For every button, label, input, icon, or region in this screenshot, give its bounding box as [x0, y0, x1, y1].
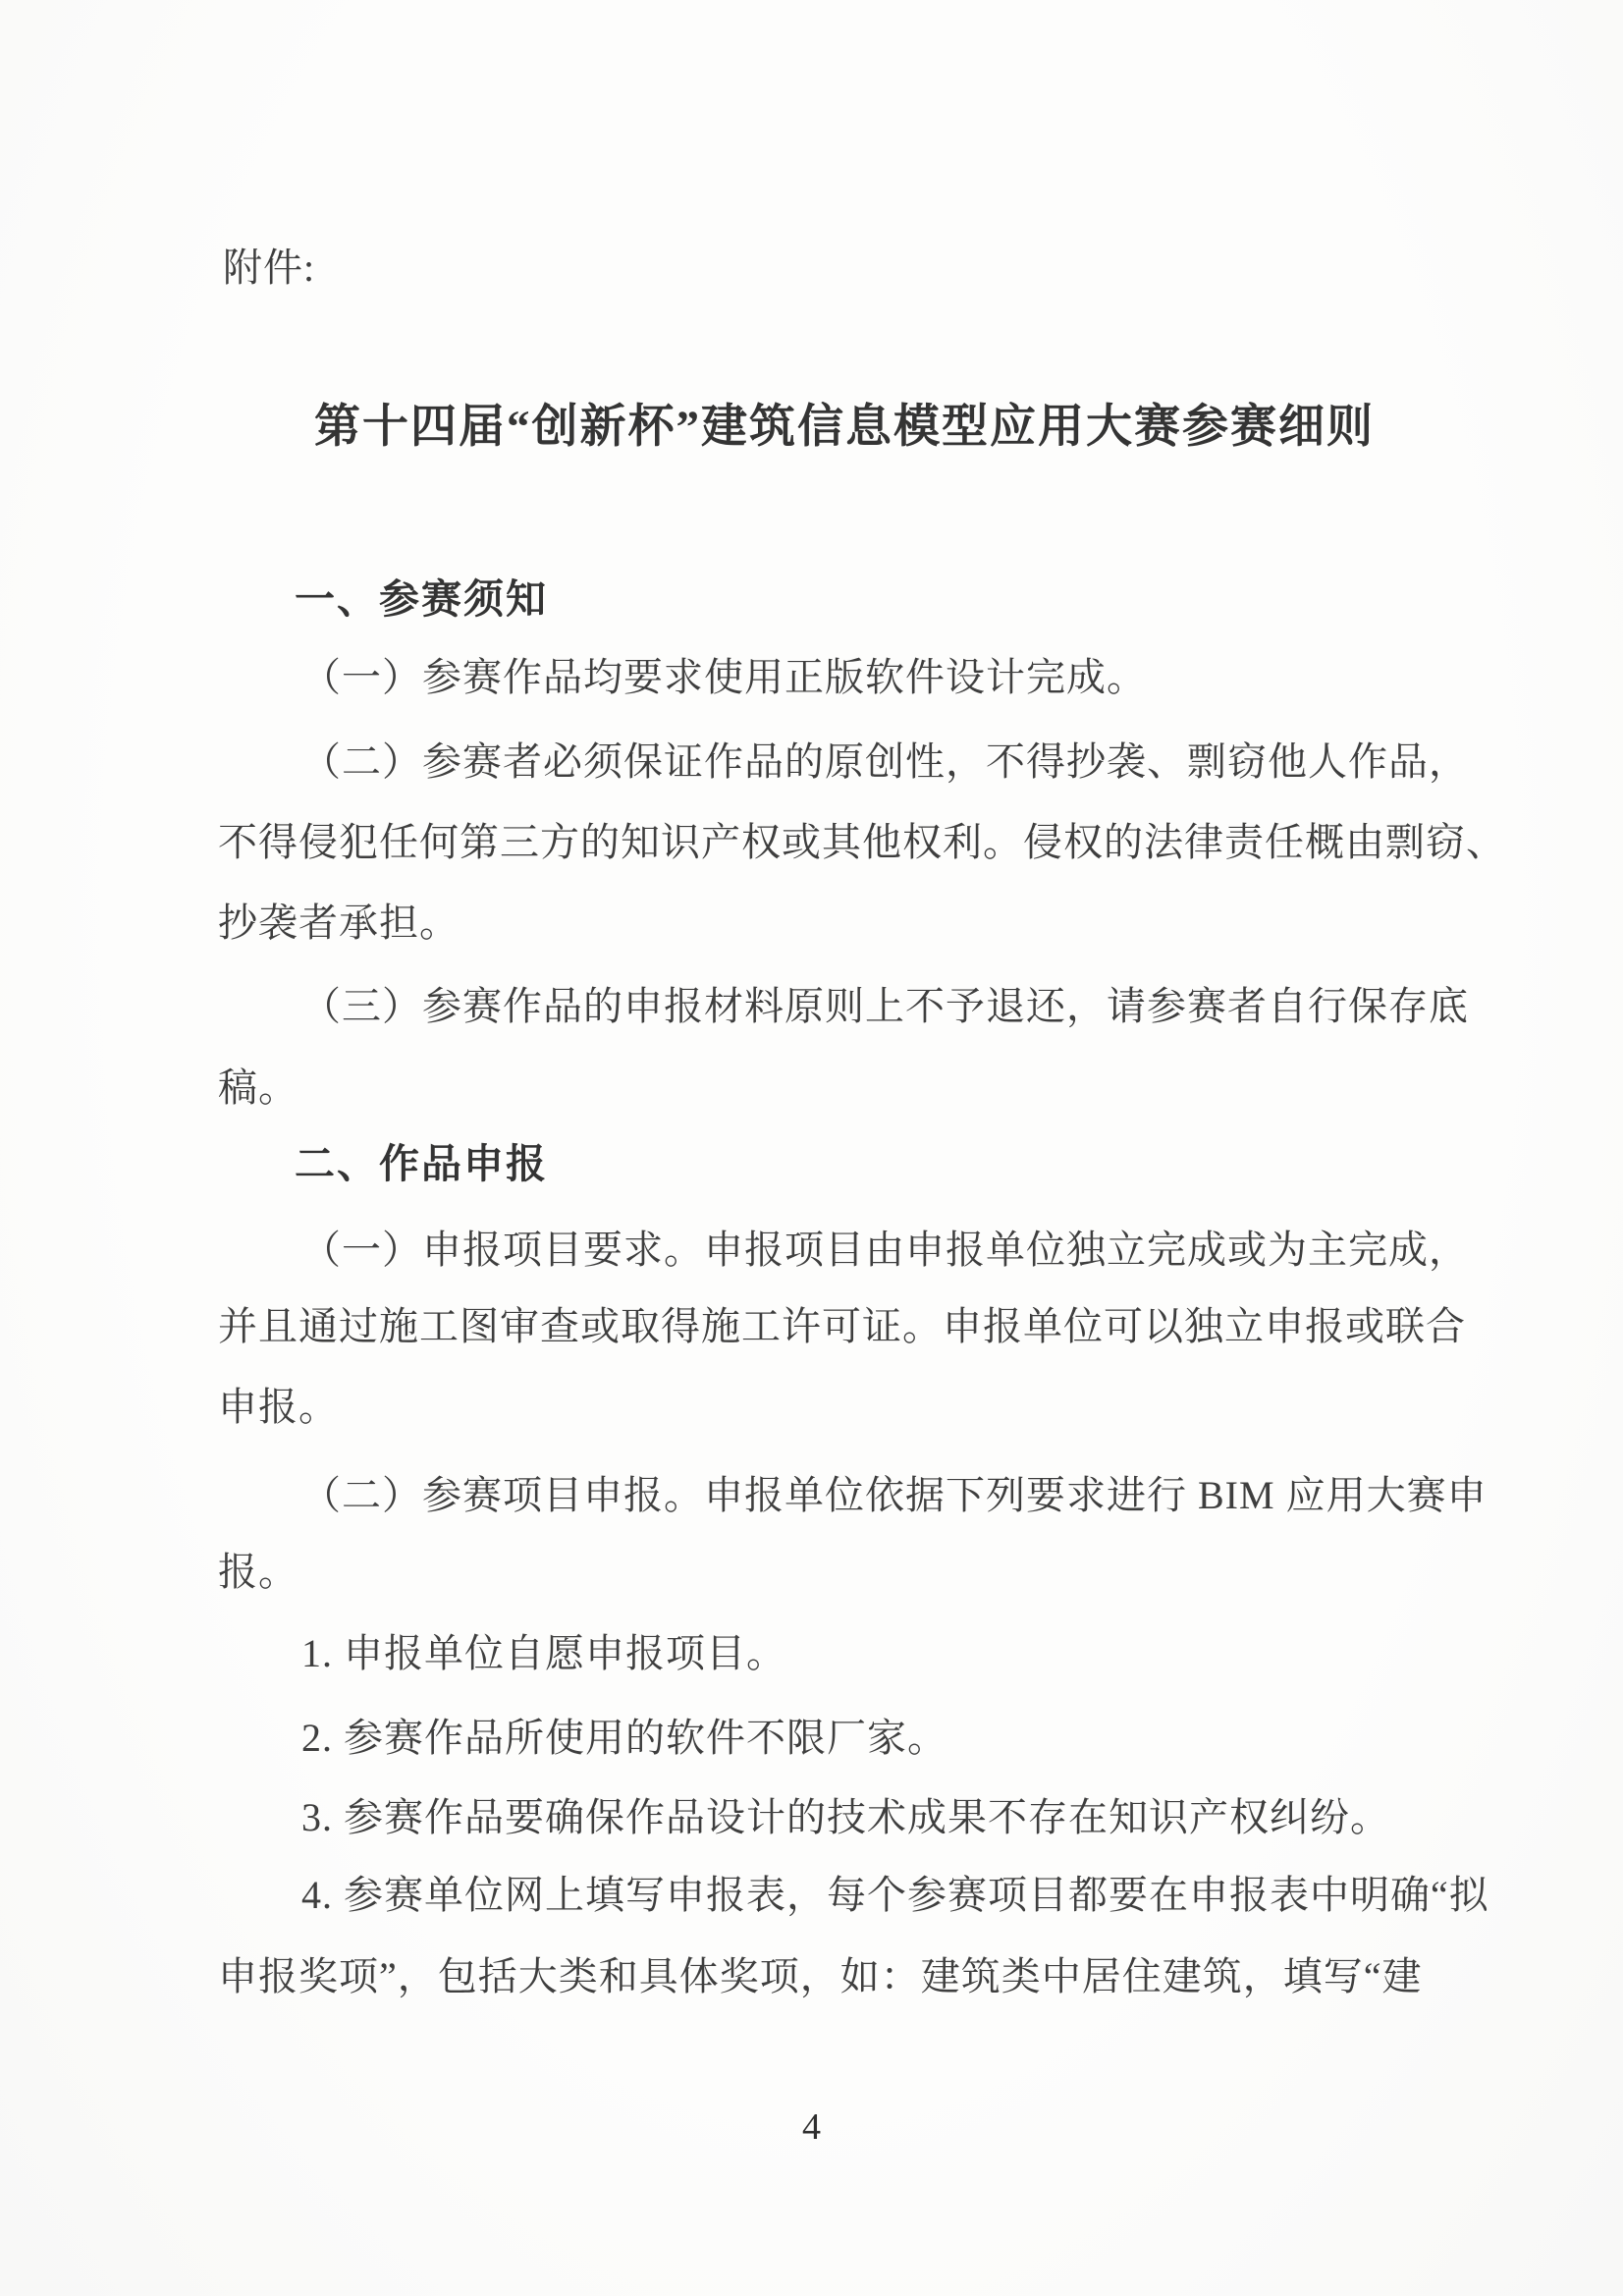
- section-2-point-3: 3. 参赛作品要确保作品设计的技术成果不存在知识产权纠纷。: [301, 1798, 1390, 1837]
- section-1-item-1: （一）参赛作品均要求使用正版软件设计完成。: [301, 658, 1147, 697]
- section-2-item-1-line-1: （一）申报项目要求。申报项目由申报单位独立完成或为主完成，: [301, 1230, 1469, 1270]
- section-1-item-3-line-2: 稿。: [218, 1068, 298, 1108]
- attachment-label: 附件:: [223, 248, 315, 288]
- section-2-item-1-line-3: 申报。: [218, 1388, 339, 1427]
- section-1-item-2-line-3: 抄袭者承担。: [218, 903, 460, 943]
- section-2-item-2-line-2: 报。: [218, 1553, 298, 1592]
- section-2-item-2-line-1: （二）参赛项目申报。申报单位依据下列要求进行 BIM 应用大赛申: [301, 1476, 1488, 1515]
- document-title: 第十四届“创新杯”建筑信息模型应用大赛参赛细则: [314, 405, 1375, 451]
- section-2-heading: 二、作品申报: [295, 1144, 548, 1184]
- section-2-point-4-line-2: 申报奖项”，包括大类和具体奖项，如：建筑类中居住建筑，填写“建: [218, 1957, 1423, 1996]
- section-1-heading: 一、参赛须知: [295, 579, 548, 620]
- page-number: 4: [0, 2105, 1623, 2149]
- section-1-item-2-line-2: 不得侵犯任何第三方的知识产权或其他权利。侵权的法律责任概由剽窃、: [218, 823, 1506, 862]
- section-1-item-2-line-1: （二）参赛者必须保证作品的原创性，不得抄袭、剽窃他人作品，: [301, 742, 1469, 782]
- section-2-point-1: 1. 申报单位自愿申报项目。: [301, 1634, 786, 1673]
- document-page: 附件: 第十四届“创新杯”建筑信息模型应用大赛参赛细则 一、参赛须知 （一）参赛…: [0, 0, 1623, 2296]
- section-2-item-1-line-2: 并且通过施工图审查或取得施工许可证。申报单位可以独立申报或联合: [218, 1307, 1466, 1346]
- section-2-point-2: 2. 参赛作品所使用的软件不限厂家。: [301, 1719, 947, 1758]
- section-2-point-4-line-1: 4. 参赛单位网上填写申报表，每个参赛项目都要在申报表中明确“拟: [301, 1876, 1489, 1915]
- section-1-item-3-line-1: （三）参赛作品的申报材料原则上不予退还，请参赛者自行保存底: [301, 987, 1469, 1026]
